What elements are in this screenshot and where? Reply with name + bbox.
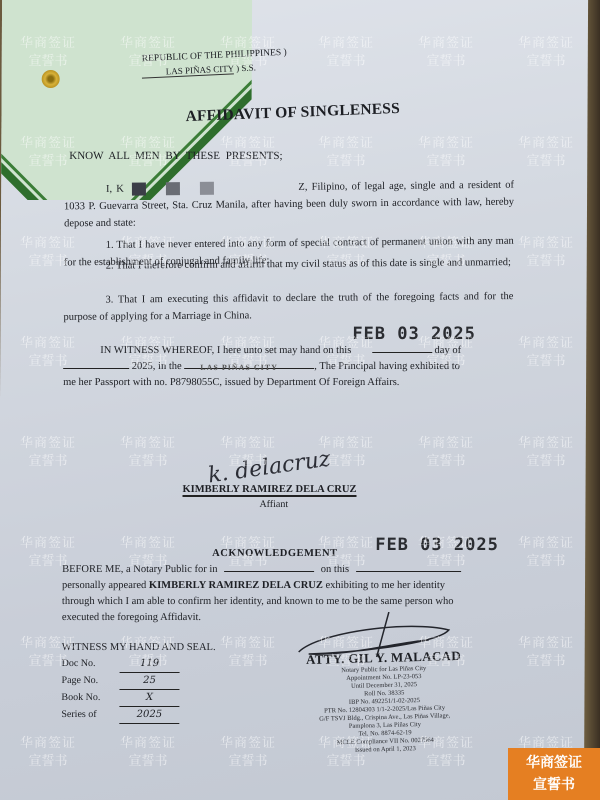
witness-text: day of (435, 345, 462, 356)
certificate-border (1, 0, 252, 200)
register-label: Page No. (61, 673, 119, 689)
ack-date-stamp: FEB 03 2025 (375, 535, 499, 555)
witness-text: 2025, in the (132, 361, 182, 372)
ack-line-4: executed the foregoing Affidavit. (62, 610, 201, 625)
witness-text: , The Principal having exhibited to (314, 361, 460, 372)
register-row: Page No.25 (61, 673, 179, 690)
redaction-block (200, 182, 214, 195)
register-label: Book No. (61, 690, 119, 706)
statement-3: 3. That I am executing this affidavit to… (63, 288, 513, 326)
ack-date-blank (356, 571, 461, 572)
ack-place-blank (224, 571, 314, 572)
redaction-block (166, 182, 180, 195)
register-row: Book No.X (61, 690, 179, 707)
affiant-label: Affiant (259, 499, 288, 510)
register-row: Doc No.119 (62, 656, 180, 673)
ack-text: personally appeared (62, 580, 146, 591)
venue-suffix: ) S.S. (236, 62, 256, 73)
badge-title: 华商签证 (508, 752, 600, 774)
intro-prefix: I, K (64, 184, 124, 196)
affiant-name: KIMBERLY RAMIREZ DELA CRUZ (182, 484, 356, 497)
ack-line-3: through which I am able to confirm her i… (62, 594, 454, 609)
ack-text: exhibiting to me her identity (325, 580, 445, 591)
affiant-signature: k. delacruz (207, 447, 332, 489)
notary-block: ATTY. GIL Y. MALACAD Notary Public for L… (293, 648, 475, 757)
place-stamp: LAS PIÑAS CITY (200, 360, 278, 375)
intro-paragraph: I, K Z, Filipino, of legal age, single a… (64, 177, 514, 233)
badge-subtitle: 宣誓书 (508, 774, 600, 796)
eyelet-icon (42, 70, 60, 88)
ack-name: KIMBERLY RAMIREZ DELA CRUZ (149, 580, 323, 591)
notarial-register: Doc No.119 Page No.25 Book No.X Series o… (61, 656, 179, 724)
ack-text: BEFORE ME, a Notary Public for in (62, 564, 218, 575)
register-value: X (119, 690, 179, 707)
register-label: Series of (61, 707, 119, 723)
affidavit-page: REPUBLIC OF THE PHILIPPINES ) LAS PIÑAS … (0, 0, 588, 800)
statement-2: 2. That I therefore confirm and affirm t… (64, 254, 514, 275)
passport-line: me her Passport with no. P8798055C, issu… (63, 375, 399, 390)
register-label: Doc No. (62, 656, 120, 672)
witness-clause-2: 2025, in the LAS PIÑAS CITY, The Princip… (63, 359, 460, 374)
day-blank (372, 352, 432, 353)
witness-text: IN WITNESS WHEREOF, I here unto set may … (100, 345, 351, 356)
venue-city-name: LAS PIÑAS CITY (142, 63, 235, 78)
ack-line-1: BEFORE ME, a Notary Public for in on thi… (62, 562, 461, 577)
register-value: 2025 (119, 707, 179, 724)
register-value: 119 (120, 656, 180, 673)
ack-text: on this (321, 564, 349, 575)
brand-badge: 华商签证 宣誓书 (508, 748, 600, 800)
register-value: 25 (119, 673, 179, 690)
month-blank (63, 368, 129, 369)
certificate-corner (1, 0, 252, 200)
register-row: Series of2025 (61, 707, 179, 724)
witness-seal: WITNESS MY HAND AND SEAL. (62, 640, 216, 655)
acknowledgement-title: ACKNOWLEDGEMENT (212, 548, 337, 559)
ack-line-2: personally appeared KIMBERLY RAMIREZ DEL… (62, 578, 445, 593)
date-stamp: FEB 03 2025 (352, 324, 476, 344)
place-blank: LAS PIÑAS CITY (184, 368, 314, 369)
redaction-block (132, 183, 146, 196)
witness-clause: IN WITNESS WHEREOF, I here unto set may … (100, 343, 461, 358)
opening-line: KNOW ALL MEN BY THESE PRESENTS; (69, 149, 282, 164)
